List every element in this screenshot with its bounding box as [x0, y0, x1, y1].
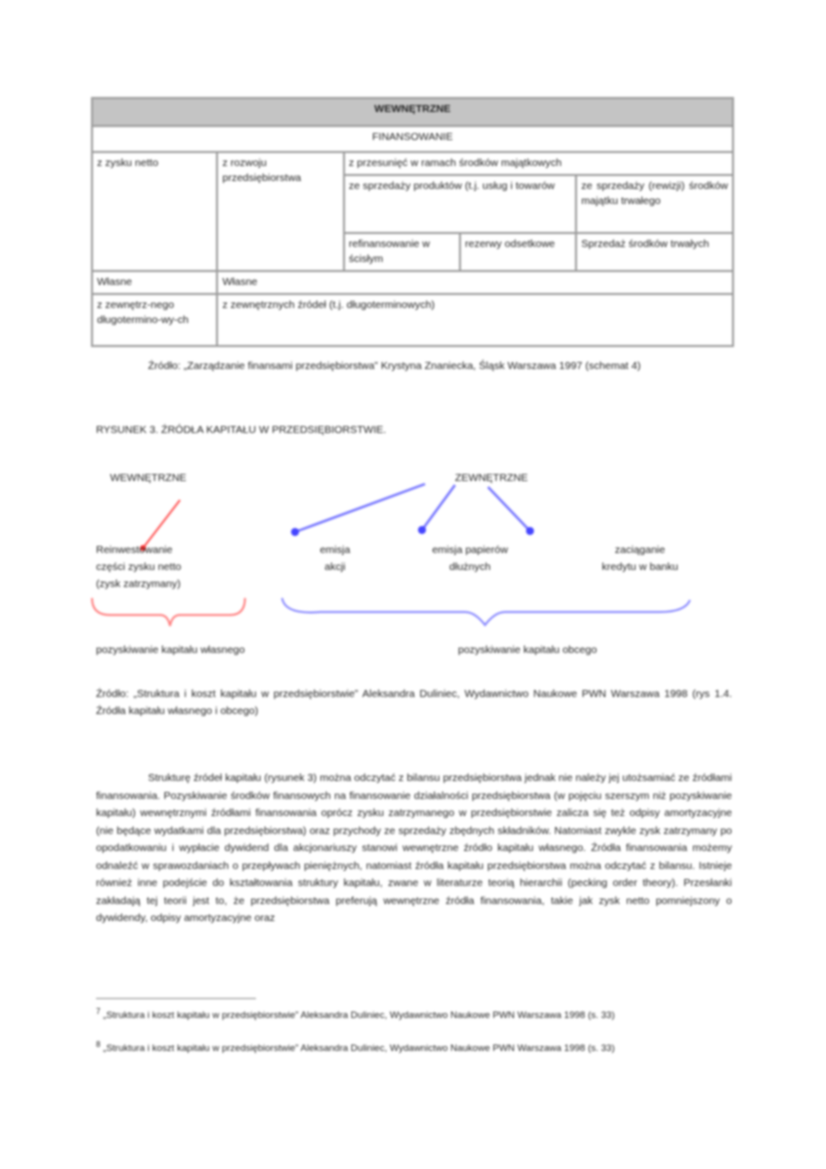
capital-sources-diagram	[0, 0, 826, 700]
internal-label: WEWNĘTRZNE	[110, 470, 186, 487]
debt-caption: pozyskiwanie kapitału obcego	[458, 642, 597, 659]
footnote-8: 8 „Struktura i koszt kapitału w przedsię…	[96, 1037, 696, 1056]
external-arrow-equity	[295, 484, 425, 532]
footnote-7: 7 „Struktura i koszt kapitału w przedsię…	[96, 1004, 696, 1023]
external-arrow-bonds	[422, 485, 455, 530]
bond-issue-item: emisja papierówdłużnych	[410, 542, 530, 576]
internal-brace	[92, 598, 245, 626]
retained-earnings-item: Reinwestowanie części zysku netto (zysk …	[96, 542, 181, 593]
bank-credit-item: zaciąganiekredytu w banku	[575, 542, 705, 576]
body-paragraph: Strukturę źródeł kapitału (rysunek 3) mo…	[96, 770, 732, 928]
figure-source: Źródło: „Struktura i koszt kapitału w pr…	[96, 686, 732, 720]
share-issue-item: emisjaakcji	[300, 542, 370, 576]
external-brace	[282, 598, 690, 625]
external-arrow-credit	[488, 487, 530, 531]
footnote-separator	[96, 998, 256, 999]
external-label: ZEWNĘTRZNE	[455, 470, 528, 487]
equity-caption: pozyskiwanie kapitału własnego	[96, 642, 245, 659]
internal-arrow	[143, 500, 180, 548]
